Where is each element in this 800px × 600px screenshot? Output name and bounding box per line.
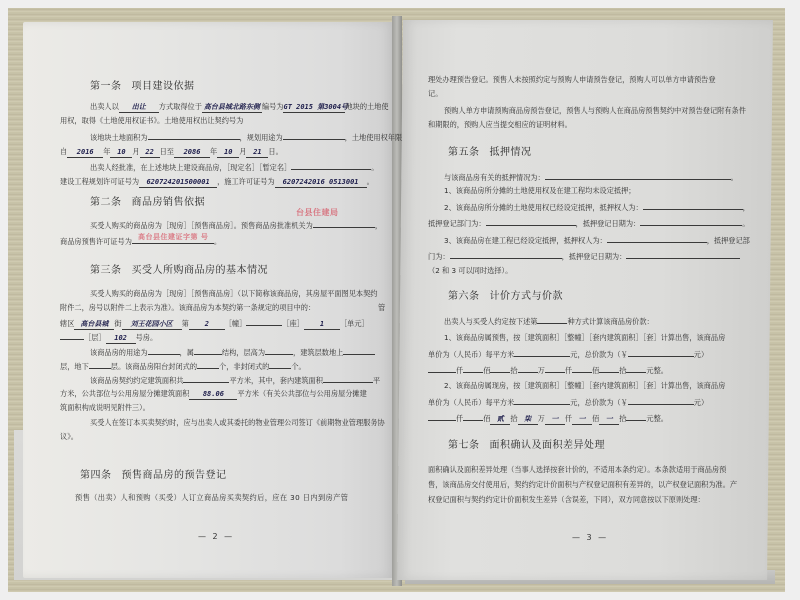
red-stamp-permit: 高台县住建证字第 号: [138, 233, 208, 242]
art1-line-4: 自2016年10月22日至2086年10月21日。: [60, 147, 283, 158]
art7-line-3: 权登记面积与契约约定计价面积发生差异（含误差，下同），双方同意按以下原则处理：: [428, 495, 705, 504]
art1-line-3: 该地块土地面积为，规划用途为，土地使用权年限: [90, 132, 402, 142]
art3-line-9: 筑面积构成说明见附件三）。: [60, 403, 150, 412]
art3-line-11: 议》。: [60, 432, 78, 441]
art5-line-7: （2 和 3 可以同时选择）。: [428, 266, 512, 275]
art1-line-1: 出卖人以出让方式取得位于高台县城北路东侧编号为GT 2015 第3004号地块的…: [90, 102, 389, 113]
page-number-right: — 3 —: [572, 533, 608, 542]
cont-line-4: 和期限的，预购人应当提交相应的证明材料。: [428, 120, 572, 129]
handwritten-field: GT 2015 第3004号: [283, 103, 345, 113]
article-1-heading: 第一条项目建设依据: [90, 82, 195, 91]
cont-line-2: 记。: [428, 89, 442, 98]
article-2-heading: 第二条商品房销售依据: [90, 198, 205, 207]
art3-line-3: 辖区高台县城街刘王花园小区第2［幢］［座］1［单元］: [60, 318, 369, 330]
art5-line-2: 1、该商品房所分摊的土地使用权及在建工程均未设定抵押；: [444, 186, 635, 195]
art2-line-1: 买受人购买的商品房为［现房］［预售商品房］。预售商品房批准机关为，: [90, 220, 382, 230]
handwritten-field: 出让: [119, 103, 159, 113]
cont-line-3: 预购人单方申请预购商品房预告登记，预售人与预购人在商品房预售契约中对预告登记附有…: [444, 106, 746, 115]
article-3-heading: 第三条买受人所购商品房的基本情况: [90, 266, 268, 275]
art6-line-1: 出卖人与买受人约定按下述第种方式计算该商品房价款：: [444, 316, 654, 326]
art6-line-3: 单价为（人民币）每平方米元，总价款为（￥元）: [428, 349, 708, 359]
art6-line-5: 2、该商品房属现房，按［建筑面积］［整幢］［套内建筑面积］［套］计算出售，该商品…: [444, 381, 725, 390]
art3-line-7: 该商品房契约约定建筑面积共平方米，其中，套内建筑面积平: [90, 375, 380, 385]
handwritten-field: 高台县城北路东侧: [202, 103, 262, 113]
art5-line-1: 与该商品房有关的抵押情况为：。: [444, 172, 738, 182]
art5-line-4: 抵押登记部门为：，抵押登记日期为：。: [428, 218, 749, 228]
art7-line-2: 售，该商品房交付使用后，契约约定计价面积与产权登记面积有差异的，以产权登记面积为…: [428, 480, 737, 489]
cont-line-1: 理处办理预告登记。预售人未按照约定与预购人申请预告登记，预购人可以单方申请预告登: [428, 75, 716, 84]
art5-line-5: 3、该商品房在建工程已经设定抵押，抵押权人为：，抵押登记部: [444, 235, 750, 245]
article-7-heading: 第七条面积确认及面积差异处理: [448, 441, 605, 450]
art1-line-2: 用权，取得《土地使用权证书》。土地使用权出让契约号为: [60, 116, 243, 125]
art1-line-5: 出卖人经批准，在上述地块上建设商品房，［现定名］［暂定名］。: [90, 162, 378, 172]
article-4-heading: 第四条预售商品房的预告登记: [80, 471, 227, 480]
art1-line-6: 建设工程规划许可证号为620724201500001，施工许可证号为620724…: [60, 177, 374, 188]
art6-amount-line-1: 仟佰拾万仟佰拾元整。: [428, 365, 668, 375]
art6-amount-line-2: 仟佰贰拾柒万一仟一佰一拾元整。: [428, 413, 668, 425]
art5-line-6: 门为：，抵押登记日期为：: [428, 251, 740, 261]
art3-line-4: ［层］102号房。: [60, 332, 157, 344]
art3-line-10: 买受人在签订本买卖契约时，应与出卖人或其委托的物业管理公司签订《前期物业管理服务…: [90, 418, 385, 427]
art5-line-3: 2、该商品房所分摊的土地使用权已经设定抵押，抵押权人为：，: [444, 202, 750, 212]
art6-line-6: 单价为（人民币）每平方米元，总价款为（￥元）: [428, 397, 708, 407]
art6-line-2: 1、该商品房属预售，按［建筑面积］［整幢］［套内建筑面积］［套］计算出售，该商品…: [444, 333, 725, 342]
article-6-heading: 第六条计价方式与价款: [448, 292, 563, 301]
art3-line-2: 附件二，房号以附件二上表示为准）。该商品房为本契约第一条规定的项目中的：: [60, 303, 315, 312]
art3-line-8: 方米，公共部位与公用房屋分摊建筑面积88.06平方米（有关公共部位与公用房屋分摊…: [60, 389, 367, 400]
article-5-heading: 第五条抵押情况: [448, 148, 532, 157]
page-number-left: — 2 —: [198, 532, 234, 541]
art3-line-1: 买受人购买的商品房为［现房］［预售商品房］（以下简称该商品房，其房屋平面图见本契…: [90, 289, 378, 298]
art7-line-1: 面积确认及面积差异处理（当事人选择按套计价的，不适用本条约定）。本条款适用于商品…: [428, 465, 726, 474]
art4-line-1: 预售（出卖）人和预购（买受）人订立商品房买卖契约后，应在 30 日内到房产管: [75, 493, 348, 502]
red-stamp: 台县住建局: [296, 208, 339, 217]
art3-line-6: 层，地下层。该商品房阳台封闭式的个，非封闭式的个。: [60, 361, 306, 371]
art3-line-5: 该商品房的用途为，属结构，层高为，建筑层数地上: [90, 347, 375, 357]
